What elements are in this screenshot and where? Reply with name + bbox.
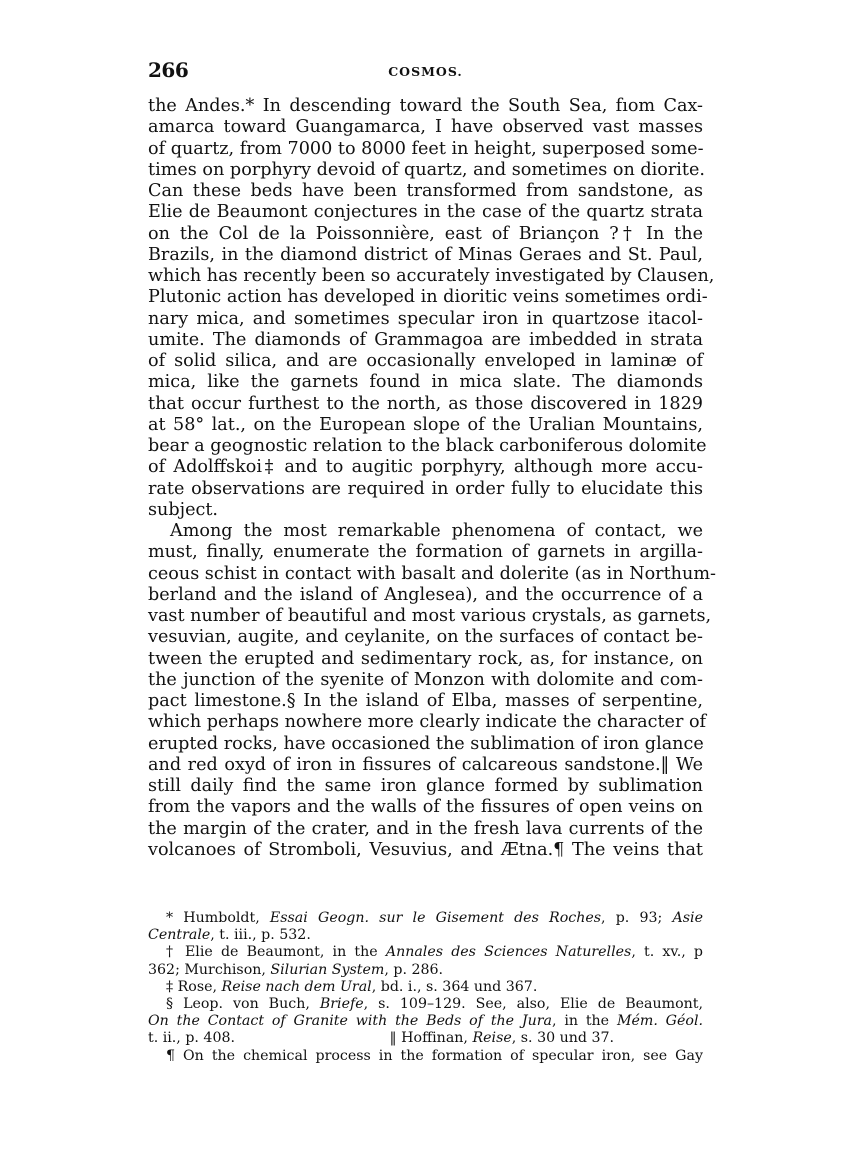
footnote-5: ‖ Hoffinan, Reise, s. 30 und 37. <box>390 1030 615 1046</box>
footnote-2-cont: 362; Murchison, Silurian System, p. 286. <box>148 962 703 979</box>
text-line: on the Col de la Poissonnière, east of B… <box>148 224 703 245</box>
text-line: which has recently been so accurately in… <box>148 266 703 287</box>
text-line: bear a geognostic relation to the black … <box>148 436 703 457</box>
text-line: Can these beds have been transformed fro… <box>148 181 703 202</box>
text-line: and red oxyd of iron in fissures of calc… <box>148 755 703 776</box>
footnotes: * Humboldt, Essai Geogn. sur le Gisement… <box>148 910 703 1065</box>
text-line: Brazils, in the diamond district of Mina… <box>148 245 703 266</box>
text-line: still daily find the same iron glance fo… <box>148 776 703 797</box>
paragraph-start-line: Among the most remarkable phenomena of c… <box>148 521 703 542</box>
footnote-2: † Elie de Beaumont, in the Annales des S… <box>148 944 703 961</box>
running-title: COSMOS. <box>148 64 703 79</box>
footnote-mark: † <box>166 944 177 960</box>
text-line: the junction of the syenite of Monzon wi… <box>148 670 703 691</box>
text-line: erupted rocks, have occasioned the subli… <box>148 734 703 755</box>
footnote-6: ¶ On the chemical process in the formati… <box>148 1048 703 1065</box>
footnote-1-cont: Centrale, t. iii., p. 532. <box>148 927 703 944</box>
footnote-mark: ‡ <box>166 979 173 995</box>
text-line: at 58° lat., on the European slope of th… <box>148 415 703 436</box>
footnote-mark: * <box>166 910 173 926</box>
text-line: tween the erupted and sedimentary rock, … <box>148 649 703 670</box>
footnote-title: Asie <box>673 910 703 926</box>
footnote-mark: ‖ <box>390 1030 397 1046</box>
text-line: umite. The diamonds of Grammagoa are imb… <box>148 330 703 351</box>
text-line: of solid silica, and are occasionally en… <box>148 351 703 372</box>
text-line: rate observations are required in order … <box>148 479 703 500</box>
text-line: nary mica, and sometimes specular iron i… <box>148 309 703 330</box>
footnote-title: Essai Geogn. sur le Gisement des Roches <box>270 910 601 926</box>
text-line: of Adolffskoi‡ and to augitic porphyry, … <box>148 457 703 478</box>
text-line: which perhaps nowhere more clearly indic… <box>148 712 703 733</box>
footnote-1: * Humboldt, Essai Geogn. sur le Gisement… <box>148 910 703 927</box>
book-page: 266 COSMOS. the Andes.* In descending to… <box>148 58 703 861</box>
text-line: the Andes.* In descending toward the Sou… <box>148 96 703 117</box>
footnote-4-end-and-5: t. ii., p. 408. ‖ Hoffinan, Reise, s. 30… <box>148 1030 703 1047</box>
text-line: vesuvian, augite, and ceylanite, on the … <box>148 627 703 648</box>
text-line: mica, like the garnets found in mica sla… <box>148 372 703 393</box>
footnote-title: Briefe <box>320 996 364 1012</box>
footnote-mark: ¶ <box>166 1048 175 1064</box>
text-line: the margin of the crater, and in the fre… <box>148 819 703 840</box>
footnote-mark: § <box>166 996 173 1012</box>
text-line: volcanoes of Stromboli, Vesuvius, and Æt… <box>148 840 703 861</box>
text-line: from the vapors and the walls of the fis… <box>148 797 703 818</box>
text-line: that occur furthest to the north, as tho… <box>148 394 703 415</box>
text-line: amarca toward Guangamarca, I have observ… <box>148 117 703 138</box>
text-line: vast number of beautiful and most variou… <box>148 606 703 627</box>
text-line: pact limestone.§ In the island of Elba, … <box>148 691 703 712</box>
text-line: of quartz, from 7000 to 8000 feet in hei… <box>148 139 703 160</box>
footnote-3: ‡ Rose, Reise nach dem Ural, bd. i., s. … <box>148 979 703 996</box>
text-line: ceous schist in contact with basalt and … <box>148 564 703 585</box>
body-text: the Andes.* In descending toward the Sou… <box>148 96 703 861</box>
footnote-4-cont: On the Contact of Granite with the Beds … <box>148 1013 703 1030</box>
footnote-title: Annales des Sciences Naturelles <box>386 944 631 960</box>
text-line: must, finally, enumerate the formation o… <box>148 542 703 563</box>
text-line: times on porphyry devoid of quartz, and … <box>148 160 703 181</box>
footnote-title: Reise nach dem Ural <box>222 979 372 995</box>
running-head: 266 COSMOS. <box>148 58 703 88</box>
text-line: Elie de Beaumont conjectures in the case… <box>148 202 703 223</box>
text-line: subject. <box>148 500 703 521</box>
text-line: Plutonic action has developed in dioriti… <box>148 287 703 308</box>
footnote-4: § Leop. von Buch, Briefe, s. 109–129. Se… <box>148 996 703 1013</box>
text-line: berland and the island of Anglesea), and… <box>148 585 703 606</box>
